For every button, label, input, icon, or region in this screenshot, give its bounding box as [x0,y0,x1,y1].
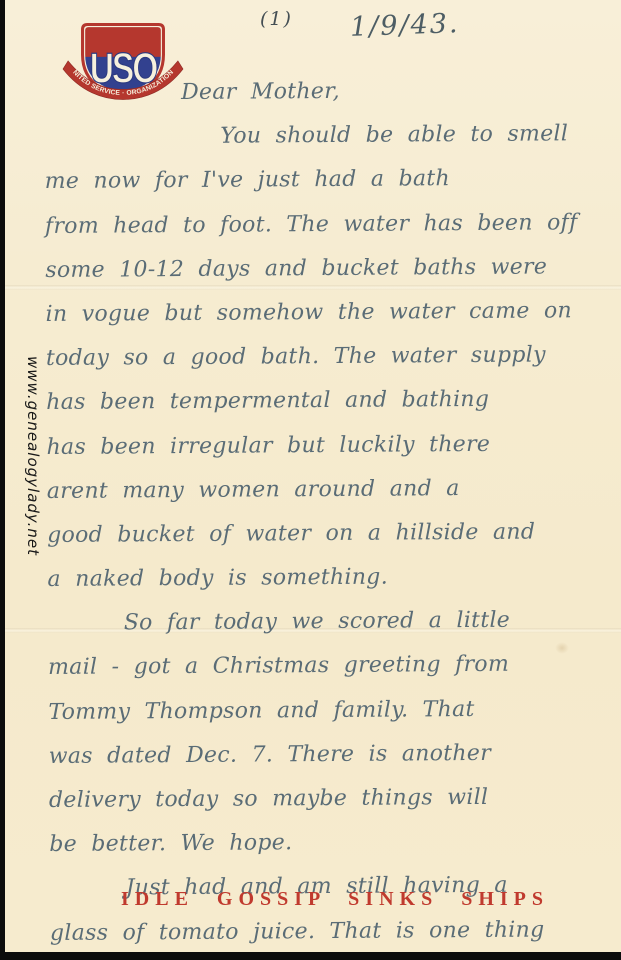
letter-line: mail - got a Christmas greeting from [42,642,616,690]
letter-line: You should be able to smell [38,112,612,160]
scan-edge-bottom [0,952,621,960]
letter-line: delivery today so maybe things will [43,775,617,823]
letter-line: good bucket of water on a hillside and [41,510,615,558]
slogan-text: IDLE GOSSIP SINKS SHIPS [121,888,549,911]
page-number: (1) [260,8,293,30]
letter-line: So far today we scored a little [42,598,616,646]
letter-line: has been tempermental and bathing [40,377,614,425]
letter-line: Tommy Thompson and family. That [42,687,616,735]
letter-line: be better. We hope. [43,819,617,867]
letter-line: me now for I've just had a bath [39,156,613,204]
letter-line: has been irregular but luckily there [40,421,614,469]
letter-line: some 10-12 days and bucket baths were [39,245,613,293]
letter-line: Dear Mother, [38,68,612,116]
letter-line: arent many women around and a [41,466,615,514]
letter-line: glass of tomato juice. That is one thing [44,908,618,956]
letter-line: from head to foot. The water has been of… [39,201,613,249]
letter-line: today so a good bath. The water supply [40,333,614,381]
letter-line: in vogue but somehow the water came on [39,289,613,337]
letter-date: 1/9/43. [349,8,460,43]
letter-paper: USO UNITED SERVICE · ORGANIZATIONS (1) 1… [5,0,621,952]
letter-line: a naked body is something. [41,554,615,602]
letter-line: was dated Dec. 7. There is another [43,731,617,779]
letter-body: Dear Mother,You should be able to smellm… [38,68,618,956]
scan-edge-left [0,0,5,960]
